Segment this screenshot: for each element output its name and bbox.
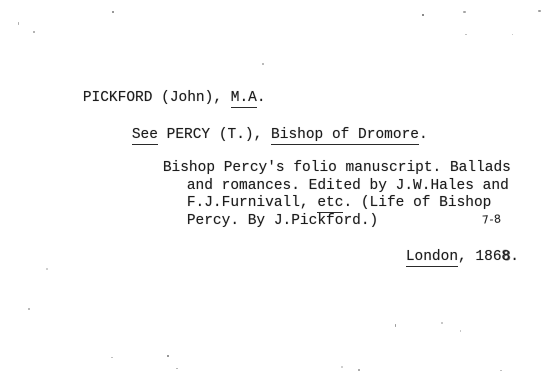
- note-line-4: Percy. By J.Pickford.): [152, 197, 378, 245]
- scan-speckle: [33, 31, 35, 33]
- imprint-line: London, 1868.: [371, 233, 519, 281]
- scan-speckle: [111, 357, 113, 358]
- imprint-overstruck-digit: 8: [502, 249, 511, 265]
- heading-period: .: [257, 90, 266, 106]
- scan-speckle: [463, 11, 466, 13]
- scan-speckle: [441, 322, 443, 324]
- heading-degree-underlined: M.A: [231, 90, 257, 108]
- scan-speckle: [262, 63, 264, 65]
- scan-speckle: [512, 34, 513, 35]
- note-text: Percy. By J.Pickford.): [187, 213, 378, 229]
- crossref-name: PERCY (T.),: [158, 127, 271, 143]
- scan-speckle: [176, 368, 178, 369]
- scan-speckle: [460, 330, 461, 332]
- scan-speckle: [18, 22, 19, 25]
- crossref-period: .: [419, 127, 428, 143]
- scan-speckle: [465, 34, 467, 35]
- scan-speckle: [500, 370, 502, 371]
- scan-speckle: [46, 268, 48, 270]
- handwritten-annotation: 7-8: [482, 213, 502, 225]
- see-word-underlined: See: [132, 127, 158, 145]
- imprint-date: , 186: [458, 249, 502, 265]
- catalog-card-scan: PICKFORD (John), M.A. See PERCY (T.), Bi…: [0, 0, 550, 374]
- scan-speckle: [28, 308, 30, 310]
- scan-speckle: [167, 355, 169, 357]
- scan-speckle: [538, 10, 541, 12]
- scan-speckle: [422, 14, 424, 16]
- imprint-place-underlined: London: [406, 249, 458, 267]
- crossref-title-underlined: Bishop of Dromore: [271, 127, 419, 145]
- scan-speckle: [341, 366, 343, 368]
- scan-speckle: [358, 369, 360, 371]
- scan-speckle: [112, 11, 114, 13]
- imprint-period: .: [510, 249, 519, 265]
- heading-text: PICKFORD (John),: [83, 90, 231, 106]
- scan-speckle: [395, 324, 396, 327]
